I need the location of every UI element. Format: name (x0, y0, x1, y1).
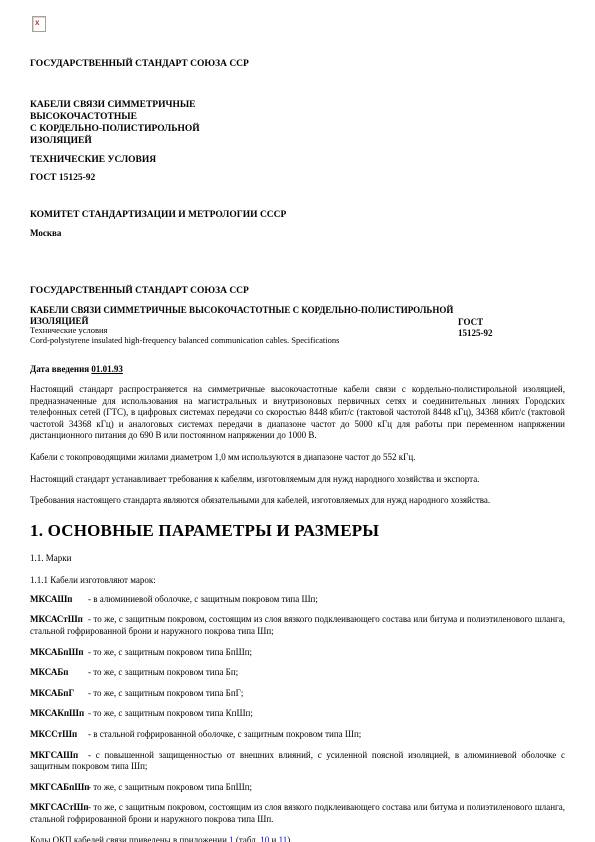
cable-mark-name: МКГСАБпШп (30, 782, 88, 794)
standard-org-line: ГОСУДАРСТВЕННЫЙ СТАНДАРТ СОЮЗА ССР (30, 59, 565, 69)
cable-mark-name: МКСАШп (30, 594, 88, 606)
cable-mark-desc: - то же, с защитным покровом, состоящим … (30, 802, 565, 824)
cable-mark-desc: - то же, с защитным покровом типа БпГ; (88, 688, 243, 698)
standard-heading-repeat: ГОСУДАРСТВЕННЫЙ СТАНДАРТ СОЮЗА ССР (30, 286, 565, 296)
cable-mark-desc: - с повышенной защищенностью от внешних … (30, 750, 565, 772)
section-1-1-heading: 1.1. Марки (30, 553, 565, 563)
cable-mark-desc: - то же, с защитным покровом, состоящим … (30, 614, 565, 636)
cable-mark-name: МКСАБпГ (30, 688, 88, 700)
okp-text: ). (287, 835, 292, 842)
cable-mark-row: МКСАБпГ- то же, с защитным покровом типа… (30, 688, 565, 700)
committee-line: КОМИТЕТ СТАНДАРТИЗАЦИИ И МЕТРОЛОГИИ СССР (30, 210, 565, 220)
table-10-link[interactable]: 10 (260, 835, 269, 842)
title-block-gost: ГОСТ 15125-92 (458, 305, 493, 345)
cable-mark-row: МКГСАСтШп- то же, с защитным покровом, с… (30, 802, 565, 825)
cable-mark-desc: - в стальной гофрированной оболочке, с з… (88, 729, 361, 739)
intro-paragraph: Требования настоящего стандарта являются… (30, 495, 565, 507)
cable-mark-name: МКСАКпШп (30, 708, 88, 720)
cable-mark-name: МКССтШп (30, 729, 88, 741)
gost-label: ГОСТ (458, 317, 493, 328)
cable-mark-desc: - в алюминиевой оболочке, с защитным пок… (88, 594, 318, 604)
effective-date-label: Дата введения (30, 364, 91, 374)
cable-mark-desc: - то же, с защитным покровом типа Бп; (88, 667, 238, 677)
title-block: КАБЕЛИ СВЯЗИ СИММЕТРИЧНЫЕ ВЫСОКОЧАСТОТНЫ… (30, 305, 565, 345)
cable-mark-name: МКГСАШп (30, 750, 88, 762)
okp-text: Коды ОКП кабелей связи приведены в прило… (30, 835, 229, 842)
cable-mark-row: МКСАШп- в алюминиевой оболочке, с защитн… (30, 594, 565, 606)
okp-codes-line: Коды ОКП кабелей связи приведены в прило… (30, 835, 565, 842)
document-page: x ГОСУДАРСТВЕННЫЙ СТАНДАРТ СОЮЗА ССР КАБ… (0, 0, 595, 842)
intro-paragraph: Кабели с токопроводящими жилами диаметро… (30, 452, 565, 464)
title-block-left: КАБЕЛИ СВЯЗИ СИММЕТРИЧНЫЕ ВЫСОКОЧАСТОТНЫ… (30, 305, 455, 345)
cable-mark-desc: - то же, с защитным покровом типа БпШп; (88, 647, 252, 657)
cable-mark-row: МКСАБп- то же, с защитным покровом типа … (30, 667, 565, 679)
cable-mark-name: МКСАСтШп (30, 614, 88, 626)
cable-mark-desc: - то же, с защитным покровом типа КпШп; (88, 708, 253, 718)
intro-paragraph: Настоящий стандарт распространяется на с… (30, 384, 565, 442)
cable-mark-name: МКГСАСтШп (30, 802, 88, 814)
intro-paragraph: Настоящий стандарт устанавливает требова… (30, 474, 565, 486)
gost-number-value: 15125-92 (458, 328, 493, 339)
subtitle-specifications: ТЕХНИЧЕСКИЕ УСЛОВИЯ (30, 155, 565, 165)
title-line: ИЗОЛЯЦИЕЙ (30, 135, 565, 147)
okp-text: (табл. (234, 835, 261, 842)
cable-mark-row: МКСАКпШп- то же, с защитным покровом тип… (30, 708, 565, 720)
title-line: КАБЕЛИ СВЯЗИ СИММЕТРИЧНЫЕ (30, 99, 565, 111)
broken-image-icon: x (32, 16, 46, 32)
title-line: С КОРДЕЛЬНО-ПОЛИСТИРОЛЬНОЙ (30, 123, 565, 135)
gost-number: ГОСТ 15125-92 (30, 173, 565, 183)
cable-mark-row: МКГСАШп- с повышенной защищенностью от в… (30, 750, 565, 773)
effective-date-line: Дата введения 01.01.93 (30, 364, 565, 374)
document-title: КАБЕЛИ СВЯЗИ СИММЕТРИЧНЫЕ ВЫСОКОЧАСТОТНЫ… (30, 99, 565, 147)
cable-mark-name: МКСАБпШп (30, 647, 88, 659)
cable-mark-name: МКСАБп (30, 667, 88, 679)
title-russian: КАБЕЛИ СВЯЗИ СИММЕТРИЧНЫЕ ВЫСОКОЧАСТОТНЫ… (30, 305, 455, 326)
title-english: Cord-polystyrene insulated high-frequenc… (30, 336, 455, 346)
section-1-1-1-heading: 1.1.1 Кабели изготовляют марок: (30, 575, 565, 585)
section-1-heading: 1. ОСНОВНЫЕ ПАРАМЕТРЫ И РАЗМЕРЫ (30, 521, 565, 541)
broken-image-x-glyph: x (33, 17, 39, 27)
title-line: ВЫСОКОЧАСТОТНЫЕ (30, 111, 565, 123)
cable-mark-row: МКГСАБпШп- то же, с защитным покровом ти… (30, 782, 565, 794)
cable-mark-row: МКСАСтШп- то же, с защитным покровом, со… (30, 614, 565, 637)
cable-mark-desc: - то же, с защитным покровом типа БпШп; (88, 782, 252, 792)
cable-mark-row: МКССтШп- в стальной гофрированной оболоч… (30, 729, 565, 741)
okp-text: и (269, 835, 278, 842)
effective-date-value: 01.01.93 (91, 364, 123, 374)
city-line: Москва (30, 228, 565, 238)
cable-mark-row: МКСАБпШп- то же, с защитным покровом тип… (30, 647, 565, 659)
table-11-link[interactable]: 11 (279, 835, 288, 842)
